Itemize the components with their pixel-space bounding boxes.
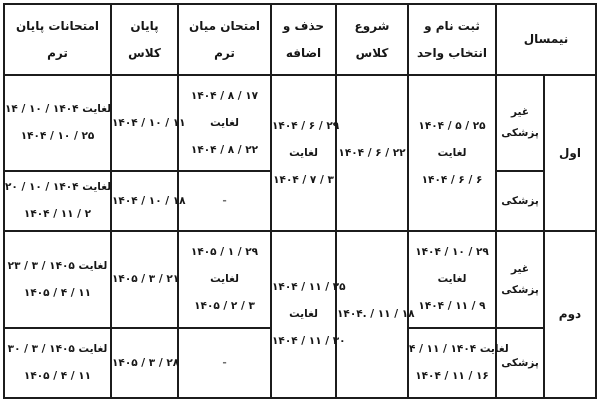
header-label: ترم: [5, 46, 110, 61]
cell-sem2-nonmedical-finals: ۲۳ / ۳ / ۱۴۰۵ لغایت ۱۴۰۵ / ۴ / ۱۱: [4, 231, 111, 328]
date-line: ۱۴۰۴ / ۱۰ / ۲۵: [5, 130, 110, 143]
academic-calendar-table: نیمسال ثبت نام و انتخاب واحد شروع کلاس ح…: [3, 3, 597, 399]
cell-sem1-nonmedical-midterm: ۱۴۰۴ / ۸ / ۱۷ لغایت ۱۴۰۴ / ۸ / ۲۲: [178, 75, 271, 171]
category-label: غیر: [497, 106, 543, 119]
until-label: لغایت: [409, 273, 495, 286]
header-label: اضافه: [272, 46, 335, 61]
header-label: نیمسال: [497, 32, 595, 47]
until-label: لغایت: [272, 308, 335, 321]
header-registration: ثبت نام و انتخاب واحد: [408, 4, 496, 75]
category-label: پزشکی: [497, 284, 543, 297]
until-label: لغایت: [409, 147, 495, 160]
date-line: ۱۴۰۴ / ۶ / ۲۹: [272, 120, 335, 133]
until-label: لغایت: [272, 147, 335, 160]
date-line: ۱۴۰۴ / ۱۱ / ۱۶: [409, 370, 495, 383]
date-line: ۱۴۰۴ / ۱۰ / ۱۸: [112, 195, 177, 208]
until-label: لغایت: [179, 117, 270, 130]
date-line: ۱۴۰۴ / ۶ / ۲۲: [337, 147, 407, 160]
cell-sem1-medical-class-end: ۱۴۰۴ / ۱۰ / ۱۸: [111, 171, 178, 231]
header-label: انتخاب واحد: [409, 46, 495, 61]
cell-sem2-class-start: ۱۴۰۴. / ۱۱ / ۱۸: [336, 231, 408, 398]
date-line: ۱۴۰۴ / ۱۱ / ۲: [5, 208, 110, 221]
cell-sem2-nonmedical-category: غیر پزشکی: [496, 231, 544, 328]
date-line: ۱۴۰۴. / ۱۱ / ۱۸: [337, 308, 407, 321]
date-line: ۱۴۰۴ / ۵ / ۲۵: [409, 120, 495, 133]
cell-sem1-drop-add: ۱۴۰۴ / ۶ / ۲۹ لغایت ۱۴۰۴ / ۷ / ۳: [271, 75, 336, 231]
date-line: ۱۴۰۵ / ۲ / ۳: [179, 300, 270, 313]
date-line: ۱۴۰۴ / ۱۱ / ۹: [409, 300, 495, 313]
date-line: ۱۴۰۴ / ۱۱ / ۲۵: [272, 281, 335, 294]
date-line: ۱۴۰۵ / ۳ / ۲۸: [112, 357, 177, 370]
header-label: امتحانات پایان: [5, 19, 110, 34]
cell-sem1-medical-finals: ۲۰ / ۱۰ / ۱۴۰۴ لغایت ۱۴۰۴ / ۱۱ / ۲: [4, 171, 111, 231]
header-label: حذف و: [272, 19, 335, 34]
date-line: ۱۴۰۴ / ۸ / ۱۷: [179, 90, 270, 103]
cell-sem1-label: اول: [544, 75, 596, 231]
date-line: ۴ / ۱۱ / ۱۴۰۴ لغایت: [409, 343, 495, 356]
category-label: غیر: [497, 263, 543, 276]
header-label: ترم: [179, 46, 270, 61]
until-label: لغایت: [179, 273, 270, 286]
category-label: پزشکی: [497, 127, 543, 140]
header-semester: نیمسال: [496, 4, 596, 75]
date-line: ۱۴۰۵ / ۴ / ۱۱: [5, 287, 110, 300]
cell-sem2-medical-finals: ۳۰ / ۳ / ۱۴۰۵ لغایت ۱۴۰۵ / ۴ / ۱۱: [4, 328, 111, 398]
cell-sem2-drop-add: ۱۴۰۴ / ۱۱ / ۲۵ لغایت ۱۴۰۴ / ۱۱ / ۳۰: [271, 231, 336, 398]
date-line: ۱۴۰۴ / ۶ / ۶: [409, 174, 495, 187]
cell-sem2-medical-category: پزشکی: [496, 328, 544, 398]
cell-sem1-class-start: ۱۴۰۴ / ۶ / ۲۲: [336, 75, 408, 231]
header-label: پایان: [112, 19, 177, 34]
date-line: ۳۰ / ۳ / ۱۴۰۵ لغایت: [5, 343, 110, 356]
header-label: شروع: [337, 19, 407, 34]
cell-sem1-nonmedical-class-end: ۱۴۰۴ / ۱۰ / ۱۱: [111, 75, 178, 171]
cell-sem1-nonmedical-category: غیر پزشکی: [496, 75, 544, 171]
date-line: ۱۴۰۴ / ۱۰ / ۱۱: [112, 117, 177, 130]
date-line: ۱۴۰۴ / ۱۰ / ۲۹: [409, 246, 495, 259]
date-line: ۲۳ / ۳ / ۱۴۰۵ لغایت: [5, 260, 110, 273]
header-label: کلاس: [337, 46, 407, 61]
header-final-exams: امتحانات پایان ترم: [4, 4, 111, 75]
category-label: پزشکی: [497, 357, 543, 370]
header-label: ثبت نام و: [409, 19, 495, 34]
header-row: نیمسال ثبت نام و انتخاب واحد شروع کلاس ح…: [4, 4, 596, 75]
no-midterm-dash: -: [179, 195, 270, 208]
header-drop-add: حذف و اضافه: [271, 4, 336, 75]
date-line: ۱۴۰۴ / ۱۱ / ۳۰: [272, 335, 335, 348]
cell-sem1-registration: ۱۴۰۴ / ۵ / ۲۵ لغایت ۱۴۰۴ / ۶ / ۶: [408, 75, 496, 231]
row-sem2-nonmedical: دوم غیر پزشکی ۱۴۰۴ / ۱۰ / ۲۹ لغایت ۱۴۰۴ …: [4, 231, 596, 328]
cell-sem1-nonmedical-finals: ۱۴ / ۱۰ / ۱۴۰۴ لغایت ۱۴۰۴ / ۱۰ / ۲۵: [4, 75, 111, 171]
cell-sem1-medical-midterm: -: [178, 171, 271, 231]
date-line: ۱۴ / ۱۰ / ۱۴۰۴ لغایت: [5, 103, 110, 116]
cell-sem2-label: دوم: [544, 231, 596, 398]
header-label: کلاس: [112, 46, 177, 61]
date-line: ۱۴۰۵ / ۱ / ۲۹: [179, 246, 270, 259]
category-label: پزشکی: [497, 195, 543, 208]
cell-sem2-nonmedical-midterm: ۱۴۰۵ / ۱ / ۲۹ لغایت ۱۴۰۵ / ۲ / ۳: [178, 231, 271, 328]
cell-sem2-medical-class-end: ۱۴۰۵ / ۳ / ۲۸: [111, 328, 178, 398]
date-line: ۲۰ / ۱۰ / ۱۴۰۴ لغایت: [5, 181, 110, 194]
header-class-end: پایان کلاس: [111, 4, 178, 75]
row-sem1-nonmedical: اول غیر پزشکی ۱۴۰۴ / ۵ / ۲۵ لغایت ۱۴۰۴ /…: [4, 75, 596, 171]
date-line: ۱۴۰۴ / ۷ / ۳: [272, 174, 335, 187]
cell-sem2-nonmedical-class-end: ۱۴۰۵ / ۳ / ۲۱: [111, 231, 178, 328]
cell-sem1-medical-category: پزشکی: [496, 171, 544, 231]
cell-sem2-medical-midterm: -: [178, 328, 271, 398]
semester-label: اول: [545, 146, 595, 161]
date-line: ۱۴۰۴ / ۸ / ۲۲: [179, 144, 270, 157]
date-line: ۱۴۰۵ / ۳ / ۲۱: [112, 273, 177, 286]
cell-sem2-nonmedical-registration: ۱۴۰۴ / ۱۰ / ۲۹ لغایت ۱۴۰۴ / ۱۱ / ۹: [408, 231, 496, 328]
cell-sem2-medical-registration: ۴ / ۱۱ / ۱۴۰۴ لغایت ۱۴۰۴ / ۱۱ / ۱۶: [408, 328, 496, 398]
header-class-start: شروع کلاس: [336, 4, 408, 75]
date-line: ۱۴۰۵ / ۴ / ۱۱: [5, 370, 110, 383]
page: نیمسال ثبت نام و انتخاب واحد شروع کلاس ح…: [0, 0, 600, 402]
no-midterm-dash: -: [179, 357, 270, 370]
header-label: امتحان میان: [179, 19, 270, 34]
semester-label: دوم: [545, 307, 595, 322]
header-midterm: امتحان میان ترم: [178, 4, 271, 75]
